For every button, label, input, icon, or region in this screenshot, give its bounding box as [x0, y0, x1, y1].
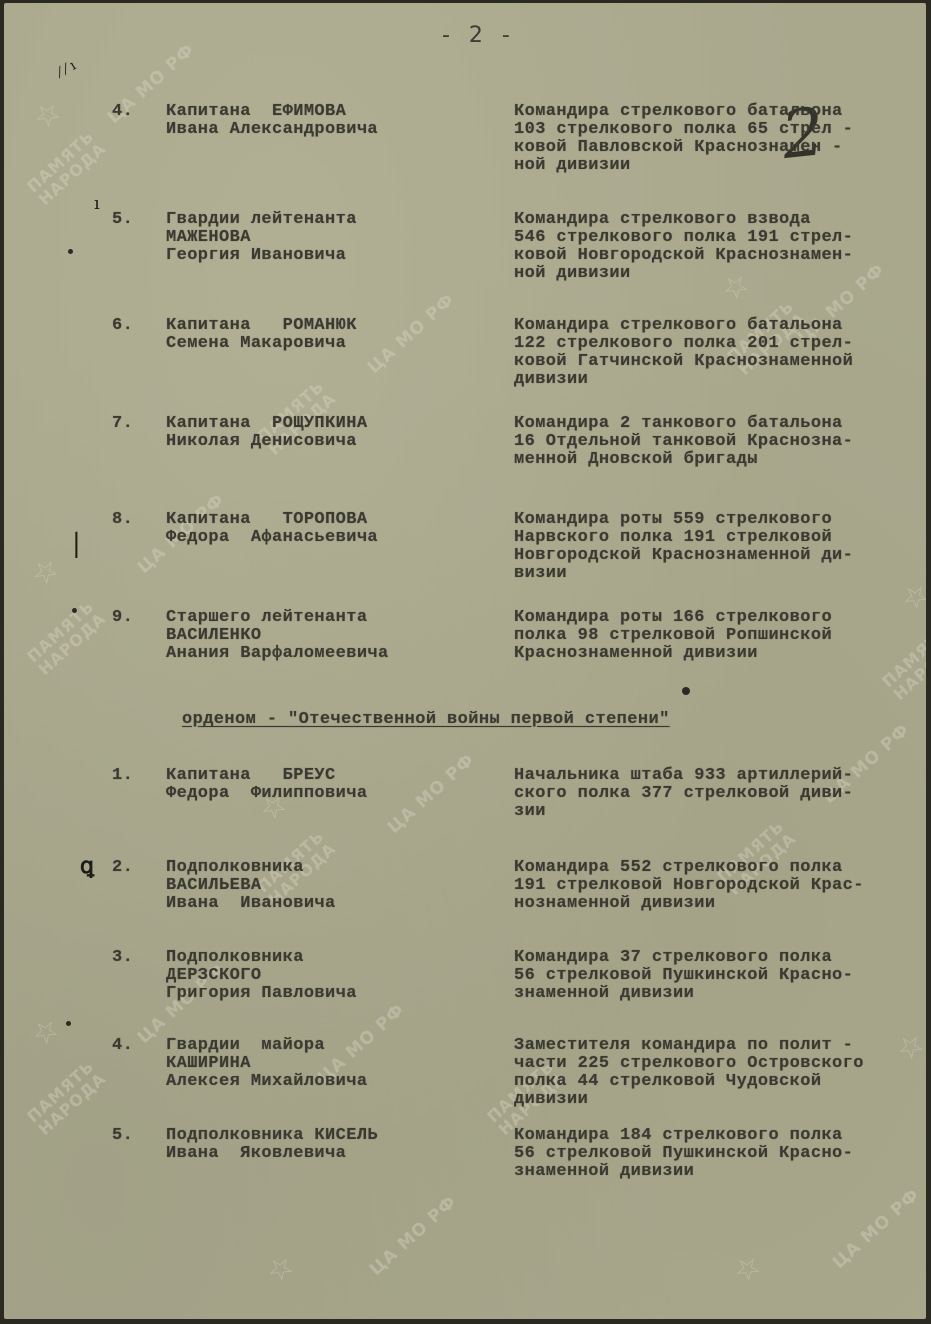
person-name-rank: Капитана ЕФИМОВАИвана Александровича [166, 103, 496, 139]
description-line: Нарвского полка 191 стрелковой [514, 529, 924, 547]
description-line: знаменной дивизии [514, 1163, 924, 1181]
person-name-rank: ПодполковникаДЕРЗСКОГОГригория Павловича [166, 949, 496, 1003]
star-watermark-icon: ☆ [259, 1247, 302, 1291]
person-line: Алексея Михайловича [166, 1073, 496, 1091]
watermark-line: НАРОДА [35, 1070, 109, 1139]
person-name-rank: Гвардии лейтенантаМАЖЕНОВАГеоргия Иванов… [166, 211, 496, 265]
ink-dot [72, 608, 77, 613]
document-page: ЦА МО РФ ☆ ПАМЯТЬНАРОДА ЦА МО РФ ПАМЯТЬН… [4, 3, 926, 1319]
person-line: Ивана Ивановича [166, 895, 496, 913]
description-line: 56 стрелковой Пушкинской Красно- [514, 967, 924, 985]
description-line: ной дивизии [514, 157, 924, 175]
description-line: 122 стрелкового полка 201 стрел- [514, 335, 924, 353]
description-line: части 225 стрелкового Островского [514, 1055, 924, 1073]
description-line: 16 Отдельной танковой Краснозна- [514, 433, 924, 451]
person-line: Федора Афанасьевича [166, 529, 496, 547]
description-line: Командира 37 стрелкового полка [514, 949, 924, 967]
description-line: Командира роты 166 стрелкового [514, 609, 924, 627]
description-line: 546 стрелкового полка 191 стрел- [514, 229, 924, 247]
watermark-project: ПАМЯТЬНАРОДА [24, 1057, 109, 1138]
pin-hole-mark: ꝗ [80, 853, 94, 879]
position-description: Командира роты 559 стрелковогоНарвского … [514, 511, 924, 583]
description-line: полка 98 стрелковой Ропшинской [514, 627, 924, 645]
person-line: Капитана БРЕУС [166, 767, 496, 785]
description-line: дивизии [514, 1091, 924, 1109]
position-description: Начальника штаба 933 артиллерий-ского по… [514, 767, 924, 821]
person-name-rank: Старшего лейтенантаВАСИЛЕНКОАнания Варфа… [166, 609, 496, 663]
person-line: Анания Варфаломеевича [166, 645, 496, 663]
position-description: Командира 2 танкового батальона16 Отдель… [514, 415, 924, 469]
watermark-archive: ЦА МО РФ [829, 1185, 924, 1273]
person-line: Подполковника [166, 859, 496, 877]
description-line: Краснознаменной дивизии [514, 645, 924, 663]
person-line: Федора Филипповича [166, 785, 496, 803]
position-description: Командира роты 166 стрелковогополка 98 с… [514, 609, 924, 663]
description-line: Командира 184 стрелкового полка [514, 1127, 924, 1145]
description-line: ского полка 377 стрелковой диви- [514, 785, 924, 803]
position-description: Командира 37 стрелкового полка56 стрелко… [514, 949, 924, 1003]
entry-number: 5. [112, 211, 152, 229]
person-name-rank: Капитана РОМАНЮКСемена Макаровича [166, 317, 496, 353]
person-line: Георгия Ивановича [166, 247, 496, 265]
description-line: ковой Гатчинской Краснознаменной [514, 353, 924, 371]
description-line: Начальника штаба 933 артиллерий- [514, 767, 924, 785]
description-line: Командира стрелкового батальона [514, 317, 924, 335]
person-name-rank: Подполковника КИСЕЛЬИвана Яковлевича [166, 1127, 496, 1163]
position-description: Командира стрелкового батальона103 стрел… [514, 103, 924, 175]
person-name-rank: Капитана РОЩУПКИНАНиколая Денисовича [166, 415, 496, 451]
person-name-rank: Капитана БРЕУСФедора Филипповича [166, 767, 496, 803]
person-name-rank: Гвардии майораКАШИРИНААлексея Михайлович… [166, 1037, 496, 1091]
watermark-line: ПАМЯТЬ [24, 1057, 98, 1126]
person-line: Гвардии лейтенанта [166, 211, 496, 229]
description-line: Заместителя командира по полит - [514, 1037, 924, 1055]
person-line: Подполковника КИСЕЛЬ [166, 1127, 496, 1145]
person-line: КАШИРИНА [166, 1055, 496, 1073]
entry-number: 7. [112, 415, 152, 433]
person-line: Подполковника [166, 949, 496, 967]
star-watermark-icon: ☆ [24, 550, 67, 594]
person-line: Григория Павловича [166, 985, 496, 1003]
page-number: - 2 - [442, 23, 516, 48]
description-line: визии [514, 565, 924, 583]
description-line: зии [514, 803, 924, 821]
description-line: Новгородской Краснознаменной ди- [514, 547, 924, 565]
description-line: Командира 2 танкового батальона [514, 415, 924, 433]
pin-hole-mark: ı [94, 193, 100, 214]
description-line: Командира стрелкового батальона [514, 103, 924, 121]
description-line: знаменной дивизии [514, 985, 924, 1003]
description-line: Командира стрелкового взвода [514, 211, 924, 229]
entry-number: 9. [112, 609, 152, 627]
person-line: Капитана ТОРОПОВА [166, 511, 496, 529]
position-description: Командира стрелкового взвода546 стрелков… [514, 211, 924, 283]
person-line: Старшего лейтенанта [166, 609, 496, 627]
entry-number: 3. [112, 949, 152, 967]
person-line: Семена Макаровича [166, 335, 496, 353]
watermark-line: НАРОДА [35, 610, 109, 679]
entry-number: 4. [112, 1037, 152, 1055]
person-line: Гвардии майора [166, 1037, 496, 1055]
description-line: Командира 552 стрелкового полка [514, 859, 924, 877]
person-line: Капитана ЕФИМОВА [166, 103, 496, 121]
person-line: ВАСИЛЬЕВА [166, 877, 496, 895]
person-name-rank: Капитана ТОРОПОВАФедора Афанасьевича [166, 511, 496, 547]
position-description: Заместителя командира по полит -части 22… [514, 1037, 924, 1109]
entry-number: 4. [112, 103, 152, 121]
watermark-archive: ЦА МО РФ [366, 1192, 461, 1280]
entry-number: 8. [112, 511, 152, 529]
watermark-line: ПАМЯТЬ [24, 597, 98, 666]
star-watermark-icon: ☆ [26, 93, 69, 137]
ink-dot [66, 1021, 71, 1026]
person-line: Николая Денисовича [166, 433, 496, 451]
entry-number: 1. [112, 767, 152, 785]
watermark-project: ПАМЯТЬНАРОДА [24, 597, 109, 678]
person-line: Ивана Александровича [166, 121, 496, 139]
description-line: ной дивизии [514, 265, 924, 283]
person-line: Капитана РОМАНЮК [166, 317, 496, 335]
ink-dot [68, 249, 73, 254]
description-line: 56 стрелковой Пушкинской Красно- [514, 1145, 924, 1163]
description-line: ковой Новгородской Краснознамен- [514, 247, 924, 265]
ink-dot [682, 687, 690, 695]
order-heading: орденом - "Отечественной войны первой ст… [182, 711, 670, 729]
star-watermark-icon: ☆ [24, 1010, 67, 1054]
description-line: полка 44 стрелковой Чудовской [514, 1073, 924, 1091]
position-description: Командира 184 стрелкового полка56 стрелк… [514, 1127, 924, 1181]
description-line: нознаменной дивизии [514, 895, 924, 913]
person-line: Капитана РОЩУПКИНА [166, 415, 496, 433]
position-description: Командира стрелкового батальона122 стрел… [514, 317, 924, 389]
watermark-line: ПАМЯТЬ [24, 127, 98, 196]
person-line: Ивана Яковлевича [166, 1145, 496, 1163]
entry-number: 6. [112, 317, 152, 335]
description-line: дивизии [514, 371, 924, 389]
star-watermark-icon: ☆ [726, 1247, 769, 1291]
position-description: Командира 552 стрелкового полка191 стрел… [514, 859, 924, 913]
pin-hole-mark: | [72, 529, 81, 559]
person-name-rank: ПодполковникаВАСИЛЬЕВАИвана Ивановича [166, 859, 496, 913]
person-line: ВАСИЛЕНКО [166, 627, 496, 645]
description-line: 103 стрелкового полка 65 стрел - [514, 121, 924, 139]
description-line: ковой Павловской Краснознамен - [514, 139, 924, 157]
margin-mark: ⁄ ⁄ ı [55, 58, 79, 81]
person-line: МАЖЕНОВА [166, 229, 496, 247]
description-line: 191 стрелковой Новгородской Крас- [514, 877, 924, 895]
description-line: менной Дновской бригады [514, 451, 924, 469]
person-line: ДЕРЗСКОГО [166, 967, 496, 985]
entry-number: 2. [112, 859, 152, 877]
description-line: Командира роты 559 стрелкового [514, 511, 924, 529]
entry-number: 5. [112, 1127, 152, 1145]
